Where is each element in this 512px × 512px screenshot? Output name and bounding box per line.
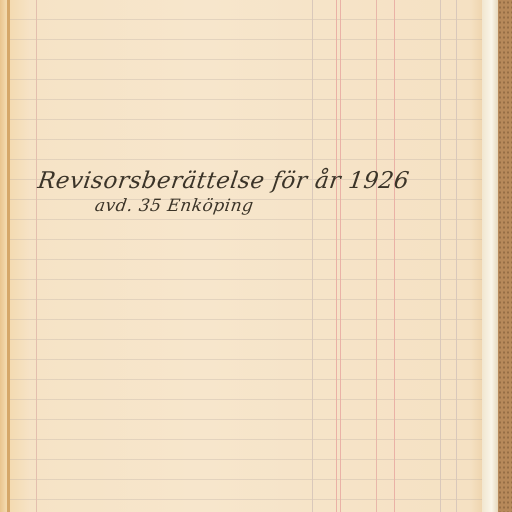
column-rule [36, 0, 37, 512]
handwritten-subtitle: avd. 35 Enköping [94, 196, 255, 216]
column-rule [456, 0, 457, 512]
column-rule [340, 0, 341, 512]
page-edges [482, 0, 498, 512]
column-rule [440, 0, 441, 512]
column-rule [336, 0, 337, 512]
cardboard-background [498, 0, 512, 512]
ledger-page: Revisorsberättelse för år 1926 avd. 35 E… [0, 0, 482, 512]
column-rule [376, 0, 377, 512]
column-rule [312, 0, 313, 512]
column-rule [394, 0, 395, 512]
handwritten-title: Revisorsberättelse för år 1926 [36, 168, 411, 194]
ruled-lines [10, 0, 482, 512]
